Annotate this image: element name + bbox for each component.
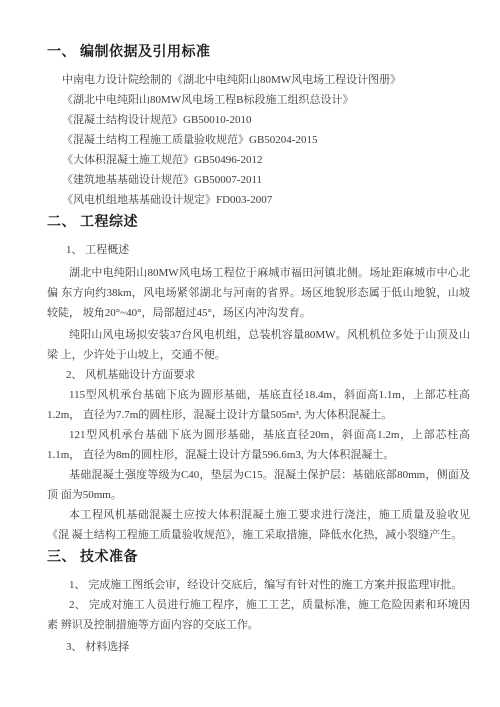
reference-item: 《湖北中电纯阳山80MW风电场工程B标段施工组织总设计》 xyxy=(47,90,470,110)
reference-item: 《建筑地基基础设计规范》GB50007-2011 xyxy=(47,170,470,190)
section-heading-technical-preparation: 三、 技术准备 xyxy=(47,547,470,569)
section-heading-compilation-basis: 一、 编制依据及引用标准 xyxy=(47,42,470,64)
reference-item: 《大体积混凝土施工规范》GB50496-2012 xyxy=(47,150,470,170)
paragraph-project-location: 湖北中电纯阳山80MW风电场工程位于麻城市福田河镇北侧。场址距麻城市中心北偏 东… xyxy=(47,263,470,323)
list-item-worker-briefing: 2、 完成对施工人员进行施工程序，施工工艺，质量标准，施工危险因素和环境因素 辨… xyxy=(47,595,470,635)
subsection-title-foundation-design: 2、 风机基础设计方面要求 xyxy=(47,365,470,385)
reference-item: 《混凝土结构工程施工质量验收规范》GB50204-2015 xyxy=(47,130,470,150)
subsection-title-project-summary: 1、 工程概述 xyxy=(47,240,470,260)
reference-item: 《风电机组地基基础设计规定》FD003-2007 xyxy=(47,190,470,210)
paragraph-foundation-type-115: 115型风机承台基础下底为圆形基础，基底直径18.4m，斜面高1.1m，上部芯柱… xyxy=(47,385,470,425)
paragraph-turbine-count: 纯阳山风电场拟安装37台风电机组，总装机容量80MW。风机机位多处于山顶及山梁 … xyxy=(47,325,470,365)
document-page: 一、 编制依据及引用标准 中南电力设计院绘制的《湖北中电纯阳山80MW风电场工程… xyxy=(0,0,500,707)
reference-standards-list: 中南电力设计院绘制的《湖北中电纯阳山80MW风电场工程设计图册》 《湖北中电纯阳… xyxy=(47,70,470,210)
paragraph-mass-concrete-requirement: 本工程风机基础混凝土应按大体积混凝土施工要求进行浇注，施工质量及验收见《混 凝土… xyxy=(47,505,470,545)
reference-item: 中南电力设计院绘制的《湖北中电纯阳山80MW风电场工程设计图册》 xyxy=(47,70,470,90)
paragraph-concrete-grade: 基础混凝土强度等级为C40，垫层为C15。混凝土保护层：基础底部80mm，侧面及… xyxy=(47,465,470,505)
paragraph-foundation-type-121: 121型风机承台基础下底为圆形基础，基底直径20m，斜面高1.2m，上部芯柱高1… xyxy=(47,425,470,465)
reference-item: 《混凝土结构设计规范》GB50010-2010 xyxy=(47,110,470,130)
list-item-drawing-review: 1、 完成施工图纸会审，经设计交底后，编写有针对性的施工方案并报监理审批。 xyxy=(47,575,470,595)
subsection-title-material-selection: 3、 材料选择 xyxy=(47,637,470,657)
section-heading-project-overview: 二、 工程综述 xyxy=(47,212,470,234)
